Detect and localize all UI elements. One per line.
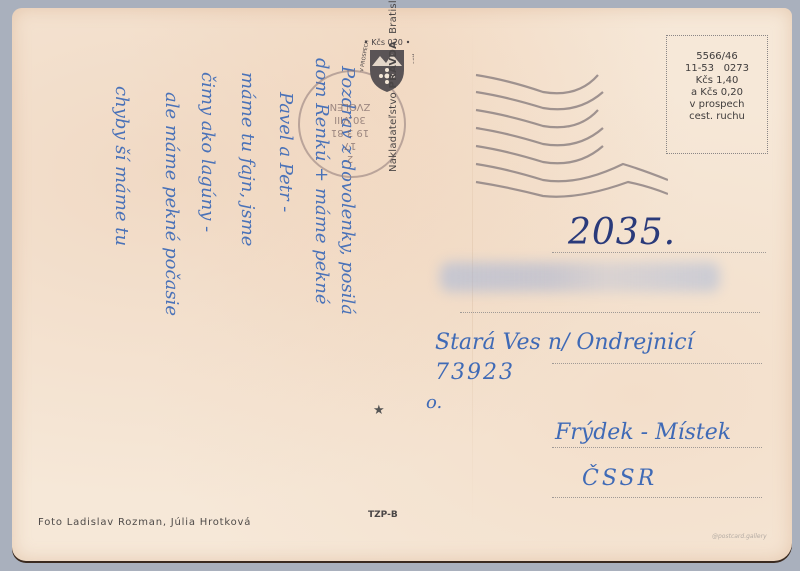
stamp-line: v prospech (667, 99, 767, 111)
photo-credit: Foto Ladislav Rozman, Júlia Hrotková (38, 517, 251, 528)
postmark-line: ZVOLEN (320, 100, 380, 113)
publisher-name: PRAVDA (388, 41, 399, 89)
address-line-4 (552, 447, 762, 448)
postmark-line: 19 3 81 (320, 126, 380, 139)
address-street: Stará Ves n/ Ondrejnicí (435, 330, 694, 355)
message-line-4: máme tu fajn, jsme (237, 72, 258, 246)
message-line-2: ale máme pekné počasie (161, 92, 182, 316)
address-line-3 (552, 363, 762, 364)
postmark-line: 30.VIII (320, 113, 380, 126)
message-line-1: chyby ší máme tu (111, 86, 132, 246)
address-number: 2035. (568, 212, 676, 253)
stamp-line: Kčs 1,40 (667, 75, 767, 87)
stamp-line: 5566/46 (667, 51, 767, 63)
stamp-line: cest. ruchu (667, 111, 767, 123)
print-code: TZP-B (368, 510, 398, 520)
postmark-text: 2 17 19 3 81 30.VIII ZVOLEN (320, 100, 380, 165)
svg-text:V PROSPECH: V PROSPECH (360, 40, 371, 73)
svg-text:RUCHU: RUCHU (410, 53, 414, 72)
stamp-line: 11-53 0273 (667, 63, 767, 75)
postmark-line: 17 (320, 139, 380, 152)
postage-indicia: Kčs 020 V PROSPECH RUCHU (360, 36, 414, 94)
address-postal-code: 73923 (435, 360, 515, 385)
stamp-line: a Kčs 0,20 (667, 87, 767, 99)
address-city: Frýdek - Místek (555, 420, 731, 445)
wavy-cancellation-icon (468, 70, 668, 200)
publisher-city: Bratislava (388, 0, 399, 34)
watermark: @postcard.gallery (712, 533, 767, 540)
address-line-5 (552, 497, 762, 498)
recipient-name-blurred (440, 262, 720, 292)
address-country: ČSSR (582, 466, 657, 491)
postmark-line: 2 (320, 152, 380, 165)
message-line-5: Pavel a Petr - (275, 92, 296, 212)
publisher-prefix: Nakladateľstvo (388, 92, 399, 172)
address-line-2 (460, 312, 760, 313)
stamp-box: 5566/46 11-53 0273 Kčs 1,40 a Kčs 0,20 v… (666, 35, 768, 154)
publisher-imprint: Nakladateľstvo PRAVDA, Bratislava (388, 0, 399, 172)
message-line-3: čimy ako lagúny - (197, 72, 218, 232)
mountain-edelweiss-shield-icon: Kčs 020 V PROSPECH RUCHU (360, 36, 414, 94)
publisher-star-icon: ★ (373, 403, 385, 418)
address-extra: o. (426, 392, 442, 413)
